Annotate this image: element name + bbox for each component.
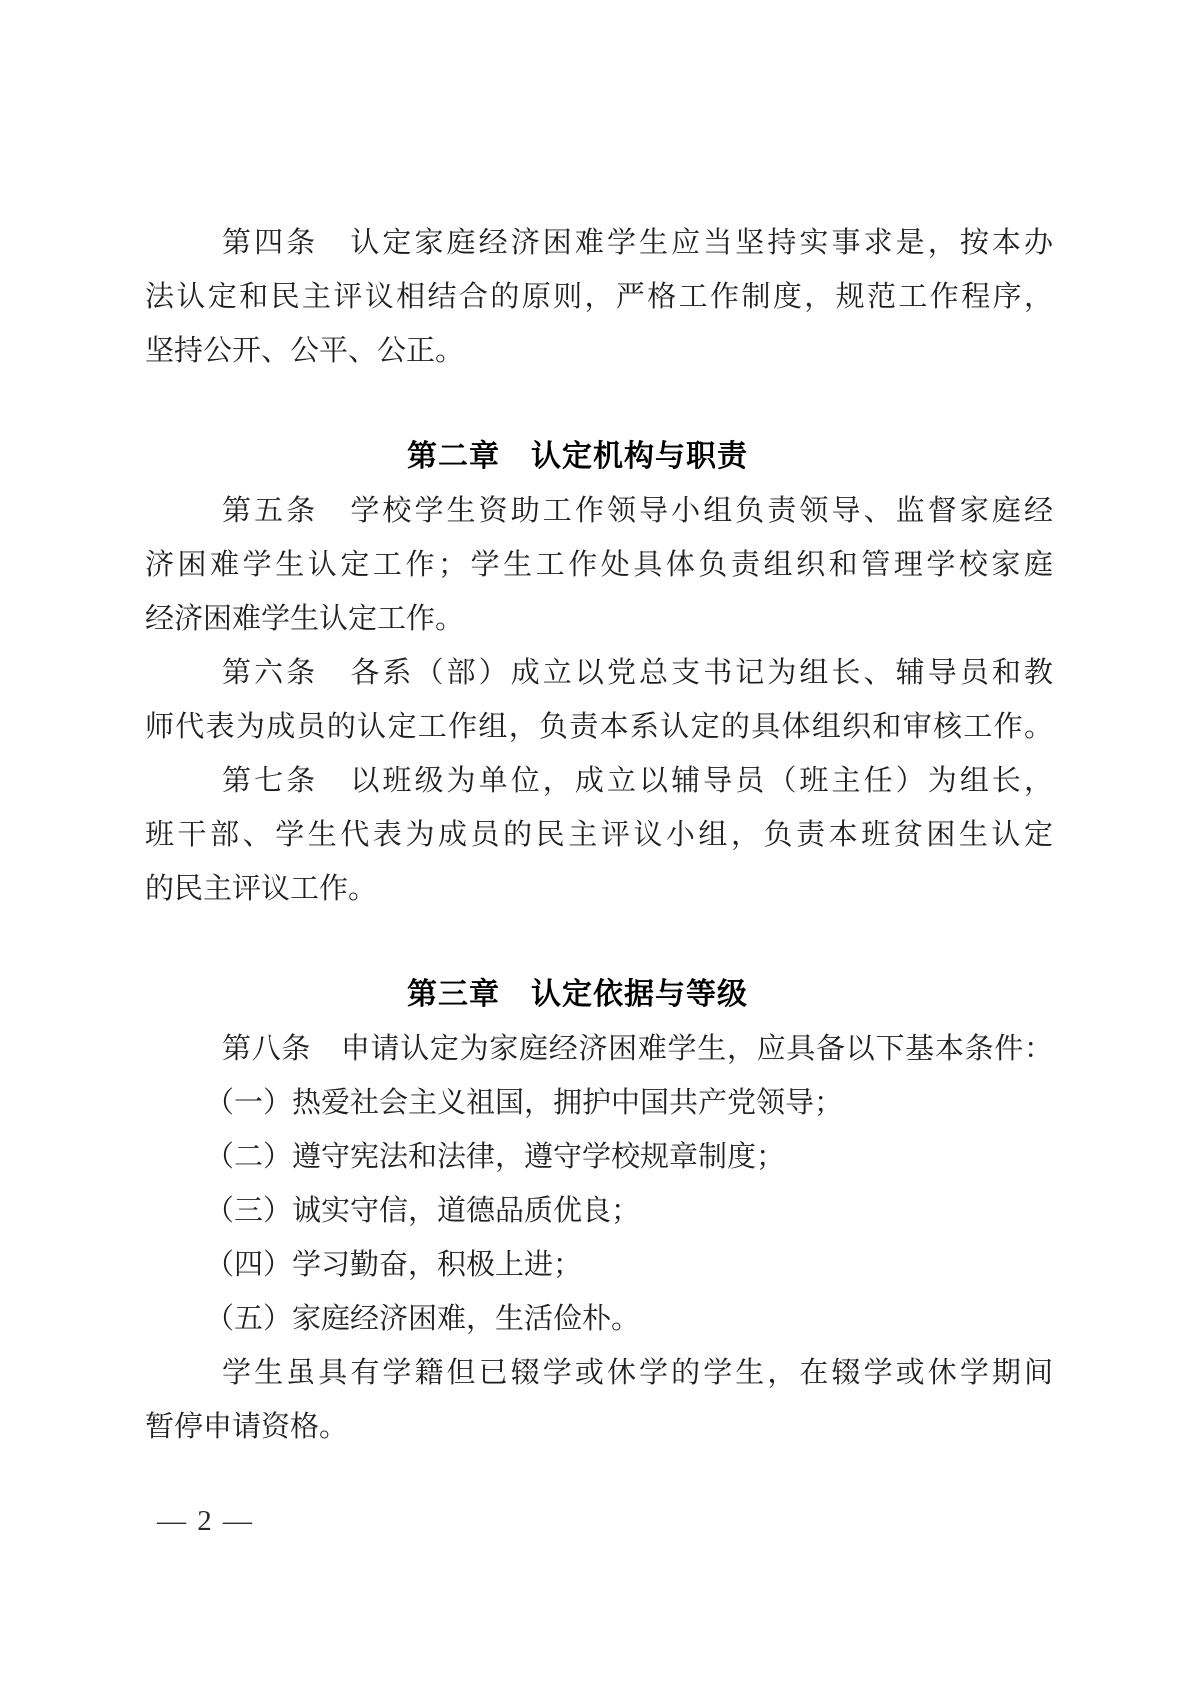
doc-line: 师代表为成员的认定工作组，负责本系认定的具体组织和审核工作。: [145, 700, 1053, 754]
a4-page: 第四条 认定家庭经济困难学生应当坚持实事求是，按本办 法认定和民主评议相结合的原…: [0, 0, 1191, 1684]
doc-line: 济困难学生认定工作；学生工作处具体负责组织和管理学校家庭: [145, 538, 1053, 592]
chapter-heading-3: 第三章 认定依据与等级: [407, 968, 1053, 1022]
document-content: 第四条 认定家庭经济困难学生应当坚持实事求是，按本办 法认定和民主评议相结合的原…: [145, 216, 1053, 1454]
doc-line: 法认定和民主评议相结合的原则，严格工作制度，规范工作程序，: [145, 270, 1053, 324]
page-number: — 2 —: [157, 1504, 254, 1538]
list-item-line: （四）学习勤奋，积极上进；: [145, 1238, 1053, 1292]
doc-line: 第四条 认定家庭经济困难学生应当坚持实事求是，按本办: [145, 216, 1053, 270]
list-item-line: （五）家庭经济困难，生活俭朴。: [145, 1292, 1053, 1346]
doc-line: 经济困难学生认定工作。: [145, 592, 1053, 646]
doc-line: 暂停申请资格。: [145, 1400, 1053, 1454]
doc-line: 第八条 申请认定为家庭经济困难学生，应具备以下基本条件：: [145, 1022, 1053, 1076]
doc-line: 第七条 以班级为单位，成立以辅导员（班主任）为组长，: [145, 754, 1053, 808]
doc-line: 学生虽具有学籍但已辍学或休学的学生，在辍学或休学期间: [145, 1346, 1053, 1400]
doc-line: 第五条 学校学生资助工作领导小组负责领导、监督家庭经: [145, 484, 1053, 538]
list-item-line: （三）诚实守信，道德品质优良；: [145, 1184, 1053, 1238]
chapter-heading-2: 第二章 认定机构与职责: [407, 430, 1053, 484]
doc-line: 坚持公开、公平、公正。: [145, 324, 1053, 378]
list-item-line: （一）热爱社会主义祖国，拥护中国共产党领导；: [145, 1076, 1053, 1130]
doc-line: 班干部、学生代表为成员的民主评议小组，负责本班贫困生认定: [145, 808, 1053, 862]
list-item-line: （二）遵守宪法和法律，遵守学校规章制度；: [145, 1130, 1053, 1184]
doc-line: 的民主评议工作。: [145, 862, 1053, 916]
doc-line: 第六条 各系（部）成立以党总支书记为组长、辅导员和教: [145, 646, 1053, 700]
